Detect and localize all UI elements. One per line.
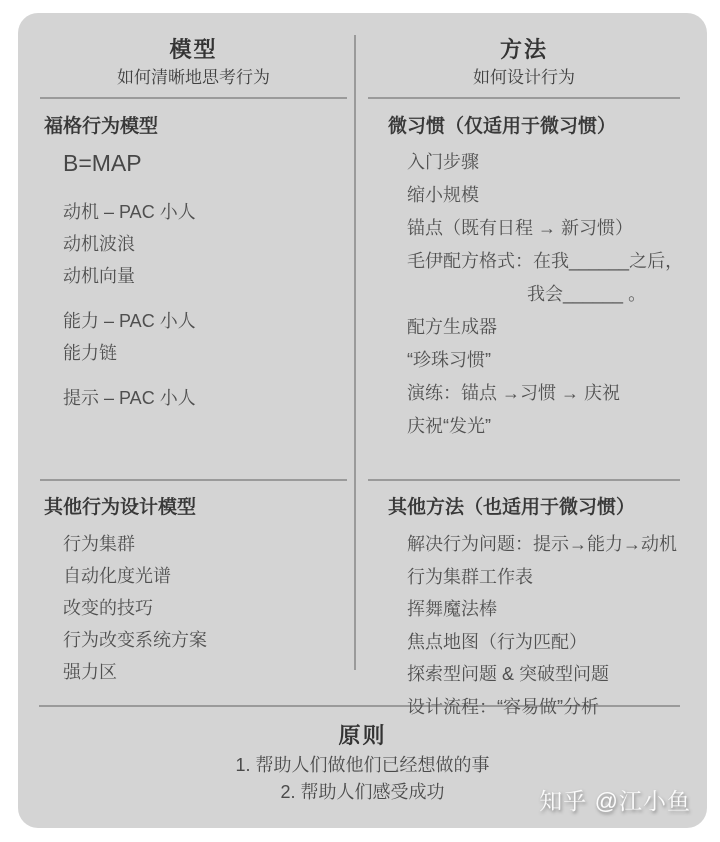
infographic-canvas: 模型 如何清晰地思考行为 福格行为模型 B=MAP 动机 – PAC 小人 动机…: [0, 0, 720, 842]
summary-card: 模型 如何清晰地思考行为 福格行为模型 B=MAP 动机 – PAC 小人 动机…: [18, 13, 707, 828]
models-header: 模型 如何清晰地思考行为: [18, 13, 355, 91]
list-item: 能力链: [18, 337, 355, 369]
column-divider: [354, 35, 356, 670]
ability-group: 能力 – PAC 小人 能力链: [18, 305, 355, 369]
methods-header: 方法 如何设计行为: [355, 13, 707, 91]
principle-item: 1. 帮助人们做他们已经想做的事: [18, 752, 707, 779]
models-header-rule: [40, 97, 347, 99]
list-item: 缩小规模: [355, 179, 707, 212]
section-title: 微习惯（仅适用于微习惯）: [355, 114, 707, 140]
list-item: 解决行为问题：提示→能力→动机: [355, 528, 707, 561]
tiny-habits-section: 微习惯（仅适用于微习惯） 入门步骤 缩小规模 锚点（既有日程 → 新习惯） 毛伊…: [355, 114, 707, 473]
principles-title: 原则: [18, 721, 707, 751]
list-item: 行为改变系统方案: [18, 624, 355, 656]
list-item: 设计流程：“容易做”分析: [355, 691, 707, 724]
other-models-section: 其他行为设计模型 行为集群 自动化度光谱 改变的技巧 行为改变系统方案 强力区: [18, 495, 355, 688]
motivation-group: 动机 – PAC 小人 动机波浪 动机向量: [18, 196, 355, 292]
zhihu-watermark: 知乎 @江小鱼: [539, 783, 691, 816]
list-item: 焦点地图（行为匹配）: [355, 626, 707, 659]
list-item: 毛伊配方格式：在我______之后，: [355, 245, 707, 278]
list-item: 改变的技巧: [18, 592, 355, 624]
list-item: 演练：锚点 →习惯 → 庆祝: [355, 377, 707, 410]
list-item: 庆祝“发光”: [355, 410, 707, 443]
methods-title: 方法: [368, 35, 680, 65]
list-item: 行为集群工作表: [355, 561, 707, 594]
models-title: 模型: [40, 35, 347, 65]
columns-wrapper: 模型 如何清晰地思考行为 福格行为模型 B=MAP 动机 – PAC 小人 动机…: [18, 13, 707, 705]
methods-section-rule: [368, 479, 680, 481]
tiny-habits-list: 入门步骤 缩小规模 锚点（既有日程 → 新习惯） 毛伊配方格式：在我______…: [355, 146, 707, 443]
list-item: 动机波浪: [18, 228, 355, 260]
list-item: 强力区: [18, 656, 355, 688]
list-item: 动机向量: [18, 260, 355, 292]
list-item: 提示 – PAC 小人: [18, 382, 355, 414]
bmap-formula: B=MAP: [18, 148, 355, 178]
list-item: 行为集群: [18, 528, 355, 560]
list-item: “珍珠习惯”: [355, 344, 707, 377]
other-methods-section: 其他方法（也适用于微习惯） 解决行为问题：提示→能力→动机 行为集群工作表 挥舞…: [355, 495, 707, 723]
models-subtitle: 如何清晰地思考行为: [40, 65, 347, 91]
section-title: 其他方法（也适用于微习惯）: [355, 495, 707, 521]
fogg-model-section: 福格行为模型 B=MAP 动机 – PAC 小人 动机波浪 动机向量 能力 – …: [18, 114, 355, 473]
list-item: 能力 – PAC 小人: [18, 305, 355, 337]
other-methods-list: 解决行为问题：提示→能力→动机 行为集群工作表 挥舞魔法棒 焦点地图（行为匹配）…: [355, 528, 707, 723]
methods-subtitle: 如何设计行为: [368, 65, 680, 91]
other-models-list: 行为集群 自动化度光谱 改变的技巧 行为改变系统方案 强力区: [18, 528, 355, 688]
section-title: 福格行为模型: [18, 114, 355, 140]
list-item: 配方生成器: [355, 311, 707, 344]
list-item: 挥舞魔法棒: [355, 593, 707, 626]
list-item: 入门步骤: [355, 146, 707, 179]
prompt-group: 提示 – PAC 小人: [18, 382, 355, 414]
methods-header-rule: [368, 97, 680, 99]
section-title: 其他行为设计模型: [18, 495, 355, 521]
list-item: 锚点（既有日程 → 新习惯）: [355, 212, 707, 245]
models-section-rule: [40, 479, 347, 481]
list-item: 自动化度光谱: [18, 560, 355, 592]
column-models: 模型 如何清晰地思考行为 福格行为模型 B=MAP 动机 – PAC 小人 动机…: [18, 13, 355, 705]
list-item: 探索型问题 & 突破型问题: [355, 658, 707, 691]
list-item-continuation: 我会______ 。: [355, 278, 707, 311]
list-item: 动机 – PAC 小人: [18, 196, 355, 228]
column-methods: 方法 如何设计行为 微习惯（仅适用于微习惯） 入门步骤 缩小规模 锚点（既有日程…: [355, 13, 707, 705]
